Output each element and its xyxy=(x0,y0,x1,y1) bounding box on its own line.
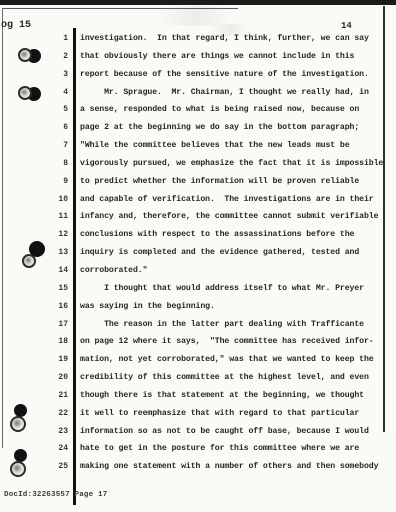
line-text: corroborated." xyxy=(80,262,147,280)
document-page: og 15 14 1 investigation. In that regard… xyxy=(0,0,396,512)
transcript-line: 6 page 2 at the beginning we do say in t… xyxy=(0,119,396,137)
line-text: that obviously there are things we canno… xyxy=(80,48,354,66)
transcript-line: 18 on page 12 where it says, "The commit… xyxy=(0,333,396,351)
punch-mark-icon xyxy=(14,449,27,462)
scan-smudge xyxy=(140,6,250,26)
line-number: 16 xyxy=(0,298,68,316)
transcript-line: 24 hate to get in the posture for this c… xyxy=(0,440,396,458)
line-text: page 2 at the beginning we do say in the… xyxy=(80,119,359,137)
transcript-line: 25 making one statement with a number of… xyxy=(0,458,396,476)
line-text: report because of the sensitive nature o… xyxy=(80,66,369,84)
transcript-line: 2 that obviously there are things we can… xyxy=(0,48,396,66)
transcript-line: 8 vigorously pursued, we emphasize the f… xyxy=(0,155,396,173)
transcript-line: 3 report because of the sensitive nature… xyxy=(0,66,396,84)
line-number: 5 xyxy=(0,101,68,119)
transcript-line: 10 and capable of verification. The inve… xyxy=(0,191,396,209)
line-number: 19 xyxy=(0,351,68,369)
punch-ring-icon xyxy=(10,416,26,432)
line-number: 21 xyxy=(0,387,68,405)
punch-ring-icon xyxy=(18,48,32,62)
line-text: to predict whether the information will … xyxy=(80,173,359,191)
scan-edge-bar xyxy=(0,0,396,5)
line-text: and capable of verification. The investi… xyxy=(80,191,374,209)
line-number: 18 xyxy=(0,333,68,351)
line-text: it well to reemphasize that with regard … xyxy=(80,405,359,423)
line-text: though there is that statement at the be… xyxy=(80,387,364,405)
line-number: 24 xyxy=(0,440,68,458)
transcript-line: 15 I thought that would address itself t… xyxy=(0,280,396,298)
punch-ring-icon xyxy=(22,254,36,268)
line-number: 3 xyxy=(0,66,68,84)
line-text: infancy and, therefore, the committee ca… xyxy=(80,208,378,226)
line-number: 15 xyxy=(0,280,68,298)
line-text: information so as not to be caught off b… xyxy=(80,423,369,441)
punch-mark-icon xyxy=(14,404,27,417)
transcript-line: 5 a sense, responded to what is being ra… xyxy=(0,101,396,119)
transcript-line: 7 "While the committee believes that the… xyxy=(0,137,396,155)
line-number: 17 xyxy=(0,316,68,334)
line-text: I thought that would address itself to w… xyxy=(80,280,364,298)
transcript-body: 1 investigation. In that regard, I think… xyxy=(0,30,396,476)
line-text: credibility of this committee at the hig… xyxy=(80,369,369,387)
transcript-line: 12 conclusions with respect to the assas… xyxy=(0,226,396,244)
line-number: 8 xyxy=(0,155,68,173)
transcript-line: 1 investigation. In that regard, I think… xyxy=(0,30,396,48)
punch-ring-icon xyxy=(18,86,32,100)
line-text: on page 12 where it says, "The committee… xyxy=(80,333,374,351)
line-text: vigorously pursued, we emphasize the fac… xyxy=(80,155,383,173)
transcript-line: 9 to predict whether the information wil… xyxy=(0,173,396,191)
line-text: inquiry is completed and the evidence ga… xyxy=(80,244,359,262)
transcript-line: 19 mation, not yet corroborated," was th… xyxy=(0,351,396,369)
line-text: a sense, responded to what is being rais… xyxy=(80,101,359,119)
line-text: making one statement with a number of ot… xyxy=(80,458,378,476)
line-number: 1 xyxy=(0,30,68,48)
docid-footer: DocId:32263557 Page 17 xyxy=(4,491,107,499)
transcript-line: 23 information so as not to be caught of… xyxy=(0,423,396,441)
punch-ring-icon xyxy=(10,461,26,477)
line-number: 11 xyxy=(0,208,68,226)
transcript-line: 21 though there is that statement at the… xyxy=(0,387,396,405)
line-number: 9 xyxy=(0,173,68,191)
line-number: 6 xyxy=(0,119,68,137)
line-text: hate to get in the posture for this comm… xyxy=(80,440,359,458)
transcript-line: 13 inquiry is completed and the evidence… xyxy=(0,244,396,262)
line-text: conclusions with respect to the assassin… xyxy=(80,226,354,244)
line-text: was saying in the beginning. xyxy=(80,298,215,316)
line-number: 7 xyxy=(0,137,68,155)
line-text: Mr. Sprague. Mr. Chairman, I thought we … xyxy=(80,84,369,102)
transcript-line: 16 was saying in the beginning. xyxy=(0,298,396,316)
transcript-line: 20 credibility of this committee at the … xyxy=(0,369,396,387)
transcript-line: 22 it well to reemphasize that with rega… xyxy=(0,405,396,423)
line-text: mation, not yet corroborated," was that … xyxy=(80,351,374,369)
line-text: "While the committee believes that the n… xyxy=(80,137,350,155)
line-text: The reason in the latter part dealing wi… xyxy=(80,316,364,334)
transcript-line: 14 corroborated." xyxy=(0,262,396,280)
transcript-line: 11 infancy and, therefore, the committee… xyxy=(0,208,396,226)
transcript-line: 17 The reason in the latter part dealing… xyxy=(0,316,396,334)
line-number: 20 xyxy=(0,369,68,387)
transcript-line: 4 Mr. Sprague. Mr. Chairman, I thought w… xyxy=(0,84,396,102)
line-text: investigation. In that regard, I think, … xyxy=(80,30,369,48)
line-number: 10 xyxy=(0,191,68,209)
